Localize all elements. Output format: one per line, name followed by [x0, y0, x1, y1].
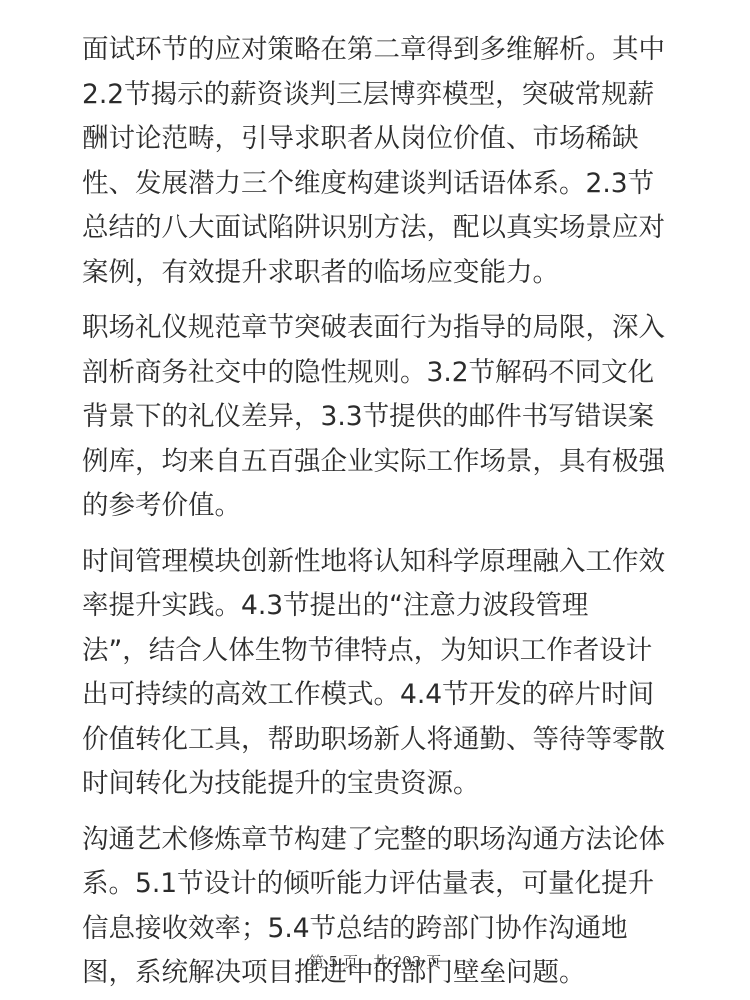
text-line: 总结的八大面试陷阱识别方法，配以真实场景应对: [82, 206, 672, 251]
paragraph-workplace-etiquette: 职场礼仪规范章节突破表面行为指导的局限，深入 剖析商务社交中的隐性规则。3.2节…: [82, 306, 672, 529]
text-line: 率提升实践。4.3节提出的“注意力波段管理: [82, 584, 672, 629]
text-line: 酬讨论范畴，引导求职者从岗位价值、市场稀缺: [82, 117, 672, 162]
text-line: 的参考价值。: [82, 484, 672, 529]
text-line: 信息接收效率；5.4节总结的跨部门协作沟通地: [82, 907, 672, 952]
text-line: 时间管理模块创新性地将认知科学原理融入工作效: [82, 540, 672, 585]
text-line: 出可持续的高效工作模式。4.4节开发的碎片时间: [82, 673, 672, 718]
text-line: 面试环节的应对策略在第二章得到多维解析。其中: [82, 28, 672, 73]
text-line: 价值转化工具，帮助职场新人将通勤、等待等零散: [82, 718, 672, 763]
text-line: 剖析商务社交中的隐性规则。3.2节解码不同文化: [82, 351, 672, 396]
text-line: 系。5.1节设计的倾听能力评估量表，可量化提升: [82, 862, 672, 907]
text-line: 性、发展潜力三个维度构建谈判话语体系。2.3节: [82, 162, 672, 207]
text-line: 背景下的礼仪差异，3.3节提供的邮件书写错误案: [82, 395, 672, 440]
paragraph-time-management: 时间管理模块创新性地将认知科学原理融入工作效 率提升实践。4.3节提出的“注意力…: [82, 540, 672, 807]
text-line: 职场礼仪规范章节突破表面行为指导的局限，深入: [82, 306, 672, 351]
paragraph-interview-strategy: 面试环节的应对策略在第二章得到多维解析。其中 2.2节揭示的薪资谈判三层博弈模型…: [82, 28, 672, 295]
text-line: 2.2节揭示的薪资谈判三层博弈模型，突破常规薪: [82, 73, 672, 118]
text-line: 法”，结合人体生物节律特点，为知识工作者设计: [82, 629, 672, 674]
text-line: 例库，均来自五百强企业实际工作场景，具有极强: [82, 440, 672, 485]
text-line: 沟通艺术修炼章节构建了完整的职场沟通方法论体: [82, 818, 672, 863]
document-page: 面试环节的应对策略在第二章得到多维解析。其中 2.2节揭示的薪资谈判三层博弈模型…: [82, 28, 672, 1000]
text-line: 案例，有效提升求职者的临场应变能力。: [82, 251, 672, 296]
page-number-footer: 第 5 页，共 203 页: [0, 951, 750, 972]
text-line: 时间转化为技能提升的宝贵资源。: [82, 762, 672, 807]
